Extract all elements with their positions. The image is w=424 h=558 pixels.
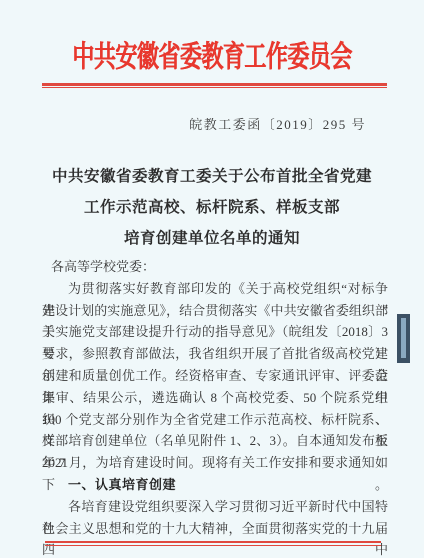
doc-number: 皖教工委函〔2019〕295 号 xyxy=(189,114,366,133)
body-line: 创建和质量创优工作。经资格审查、专家通讯评审、评委会集中 xyxy=(42,365,388,387)
scrollbar-thumb-inner xyxy=(401,318,406,358)
document-body: 各高等学校党委： 为贯彻落实好教育部印发的《关于高校党组织“对标争先” 建设计划… xyxy=(42,256,388,539)
footer-rule-thin xyxy=(45,545,381,546)
footer-rule-thick xyxy=(45,541,381,543)
letterhead-org-name-text: 中共安徽省委教育工作委员会 xyxy=(72,34,352,76)
document-page: 中共安徽省委教育工作委员会 皖教工委函〔2019〕295 号 中共安徽省委教育工… xyxy=(0,0,424,558)
scrollbar-thumb[interactable] xyxy=(397,314,410,363)
body-line: 评审、结果公示，遴选确认 8 个高校党委、50 个院系党组织、 xyxy=(42,387,388,409)
letterhead-rule-thin xyxy=(42,87,387,88)
body-line: 年 7 月，为培育建设时间。现将有关工作安排和要求通知如下。 xyxy=(42,452,388,474)
title-line-2: 工作示范高校、标杆院系、样板支部 xyxy=(20,192,404,223)
body-line: 各培育建设党组织要深入学习贯彻习近平新时代中国特色 xyxy=(42,496,388,518)
body-line: 建设计划的实施意见》，结合贯彻落实《中共安徽省委组织部关 xyxy=(42,300,388,322)
body-line: 为贯彻落实好教育部印发的《关于高校党组织“对标争先” xyxy=(42,278,388,300)
body-line: 100 个党支部分别作为全省党建工作示范高校、标杆院系、样板 xyxy=(42,409,388,431)
title-line-1: 中共安徽省委教育工委关于公布首批全省党建 xyxy=(20,161,404,192)
title-line-3: 培育创建单位名单的通知 xyxy=(20,223,404,254)
document-title: 中共安徽省委教育工委关于公布首批全省党建 工作示范高校、标杆院系、样板支部 培育… xyxy=(20,161,404,254)
body-line: 于实施党支部建设提升行动的指导意见》（皖组发〔2018〕3号） xyxy=(42,321,388,343)
letterhead-rule-thick xyxy=(42,83,387,86)
body-line: 支部培育创建单位（名单见附件 1、2、3）。自本通知发布至 2021 xyxy=(42,430,388,452)
salutation: 各高等学校党委： xyxy=(42,256,388,278)
body-line: 社会主义思想和党的十九大精神，全面贯彻落实党的十九届四中 xyxy=(42,518,388,540)
letterhead-org-name: 中共安徽省委教育工作委员会 xyxy=(0,34,424,65)
body-line: 要求，参照教育部做法，我省组织开展了首批省级高校党建示范 xyxy=(42,343,388,365)
